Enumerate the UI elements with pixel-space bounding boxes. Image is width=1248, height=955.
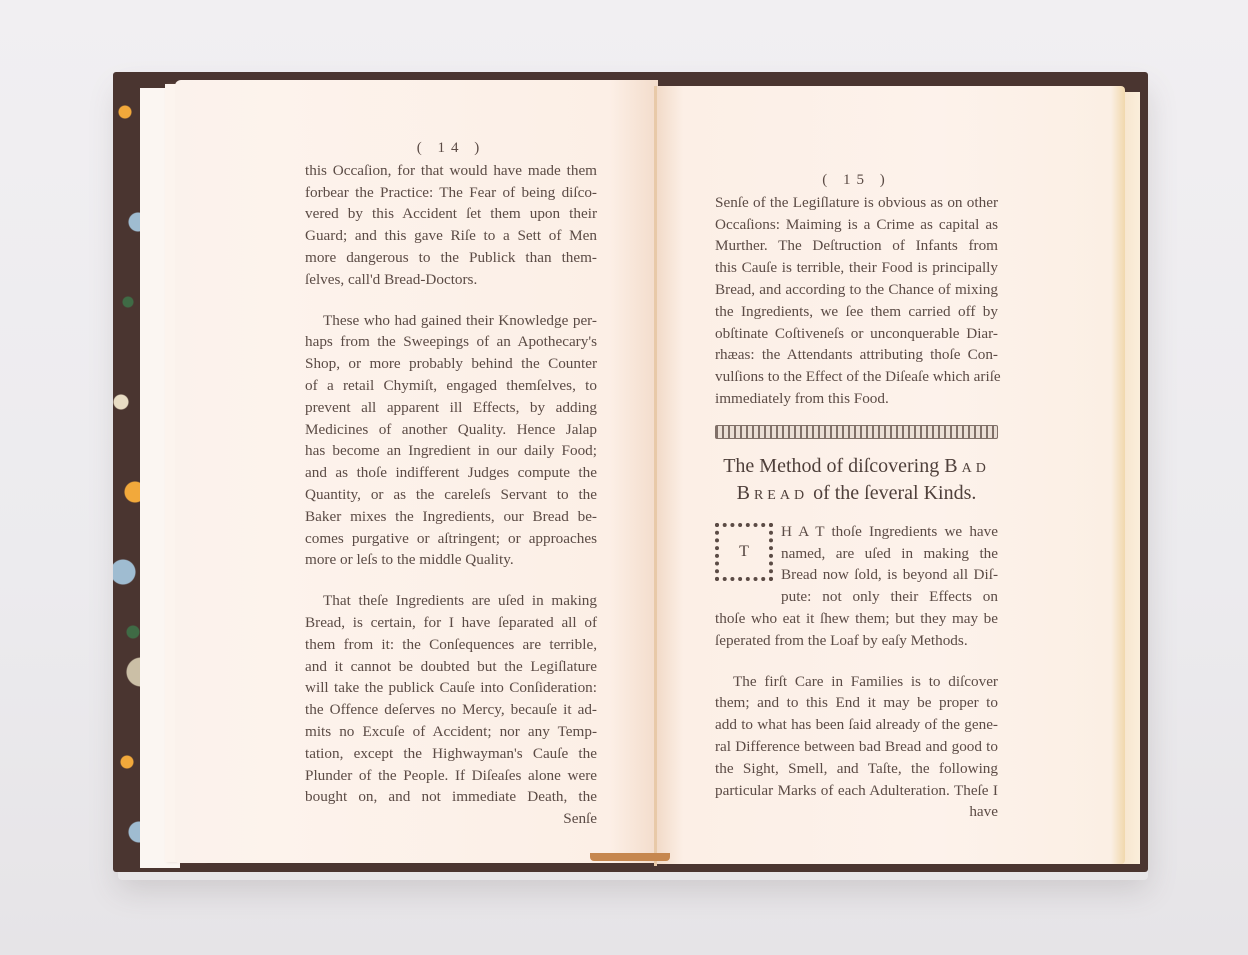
text-line: them; and to this End it may be proper t… xyxy=(715,692,998,714)
text-line: The firſt Care in Families is to diſcove… xyxy=(715,671,998,693)
text-line: add to what has been ſaid already of the… xyxy=(715,714,998,736)
text-line: this Cauſe is terrible, their Food is pr… xyxy=(715,257,998,279)
text-line: more or leſs to the middle Quality. xyxy=(305,549,597,571)
text-line: bought on, and not immediate Death, the xyxy=(305,786,597,808)
text-line: more dangerous to the Publick than them- xyxy=(305,247,597,269)
text-line: comes purgative or aſtringent; or approa… xyxy=(305,528,597,550)
paragraph-with-dropcap: T H A T thoſe Ingredients we have named,… xyxy=(715,521,998,652)
text-line: of a retail Chymiſt, engaged themſelves,… xyxy=(305,375,597,397)
text-line: Plunder of the People. If Diſeaſes alone… xyxy=(305,765,597,787)
text-line: the Offence deſerves no Mercy, becauſe i… xyxy=(305,699,597,721)
text-line: forbear the Practice: The Fear of being … xyxy=(305,182,597,204)
catchword: Senſe xyxy=(305,808,597,830)
text-line: the Ingredients, we ſee them carried off… xyxy=(715,301,998,323)
text-line: and it cannot be doubted but the Legiſla… xyxy=(305,656,597,678)
page-number-15: ( 15 ) xyxy=(715,170,998,192)
heading-text: The Method of diſcovering xyxy=(723,455,944,477)
text-line: this Occaſion, for that would have made … xyxy=(305,160,597,182)
text-line: them from it: the Conſequences are terri… xyxy=(305,634,597,656)
text-line: Medicines of another Quality. Hence Jala… xyxy=(305,419,597,441)
paragraph: this Occaſion, for that would have made … xyxy=(305,160,597,291)
ornamental-rule-icon xyxy=(715,425,998,439)
catchword: have xyxy=(715,801,998,823)
paragraph: That theſe Ingredients are uſed in makin… xyxy=(305,590,597,830)
text-line: ral Difference between bad Bread and goo… xyxy=(715,736,998,758)
heading-smallcaps: Bread xyxy=(737,482,808,504)
text-line: immediately from this Food. xyxy=(715,388,998,410)
text-line: mits no Excuſe of Accident; nor any Temp… xyxy=(305,721,597,743)
text-line: Occaſions: Maiming is a Crime as capital… xyxy=(715,214,998,236)
paragraph: The firſt Care in Families is to diſcove… xyxy=(715,671,998,824)
text-line: These who had gained their Knowledge per… xyxy=(305,310,597,332)
text-line: particular Marks of each Adulteration. T… xyxy=(715,780,998,802)
text-line: has become an Ingredient in our daily Fo… xyxy=(305,440,597,462)
text-line: haps from the Sweepings of an Apothecary… xyxy=(305,331,597,353)
text-line: obſtinate Coſtiveneſs or unconquerable D… xyxy=(715,323,998,345)
text-line: vulſions to the Effect of the Diſeaſe wh… xyxy=(715,366,998,388)
decorated-initial-icon: T xyxy=(715,523,773,581)
gutter xyxy=(654,86,657,866)
text-line: will take the publick Cauſe into Conſide… xyxy=(305,677,597,699)
right-page-text: ( 15 ) Senſe of the Legiſlature is obvio… xyxy=(715,170,998,823)
text-line: ſeperated from the Loaf by eaſy Methods. xyxy=(715,630,998,652)
heading-smallcaps: Bad xyxy=(944,455,990,477)
paragraph: Senſe of the Legiſlature is obvious as o… xyxy=(715,192,998,410)
paragraph: These who had gained their Knowledge per… xyxy=(305,310,597,572)
text-line: vered by this Accident ſet them upon the… xyxy=(305,203,597,225)
heading-text: of the ſeveral Kinds. xyxy=(808,482,976,504)
text-line: the Sight, Smell, and Taſte, the followi… xyxy=(715,758,998,780)
text-line: Bread, and according to the Chance of mi… xyxy=(715,279,998,301)
text-line: rhæas: the Attendants attributing thoſe … xyxy=(715,344,998,366)
section-heading: The Method of diſcovering Bad Bread of t… xyxy=(715,453,998,507)
text-line: prevent all apparent ill Effects, by add… xyxy=(305,397,597,419)
text-line: thoſe who eat it ſhew them; but they may… xyxy=(715,608,998,630)
text-line: tation, except the Highwayman's Cauſe th… xyxy=(305,743,597,765)
text-line: Baker mixes the Ingredients, our Bread b… xyxy=(305,506,597,528)
left-page-text: ( 14 ) this Occaſion, for that would hav… xyxy=(305,138,597,830)
text-line: Murther. The Deſtruction of Infants from xyxy=(715,235,998,257)
page-number-14: ( 14 ) xyxy=(305,138,597,160)
text-line: Bread, is certain, for I have ſeparated … xyxy=(305,612,597,634)
text-line: ſelves, call'd Bread-Doctors. xyxy=(305,269,597,291)
text-line: Shop, or more probably behind the Counte… xyxy=(305,353,597,375)
text-line: That theſe Ingredients are uſed in makin… xyxy=(305,590,597,612)
text-line: pute: not only their Effects on xyxy=(715,586,998,608)
text-line: Guard; and this gave Riſe to a Sett of M… xyxy=(305,225,597,247)
binding-lip xyxy=(590,853,670,861)
text-line: Senſe of the Legiſlature is obvious as o… xyxy=(715,192,998,214)
text-line: and as thoſe indifferent Judges compute … xyxy=(305,462,597,484)
text-line: Quantity, or as the careleſs Servant to … xyxy=(305,484,597,506)
